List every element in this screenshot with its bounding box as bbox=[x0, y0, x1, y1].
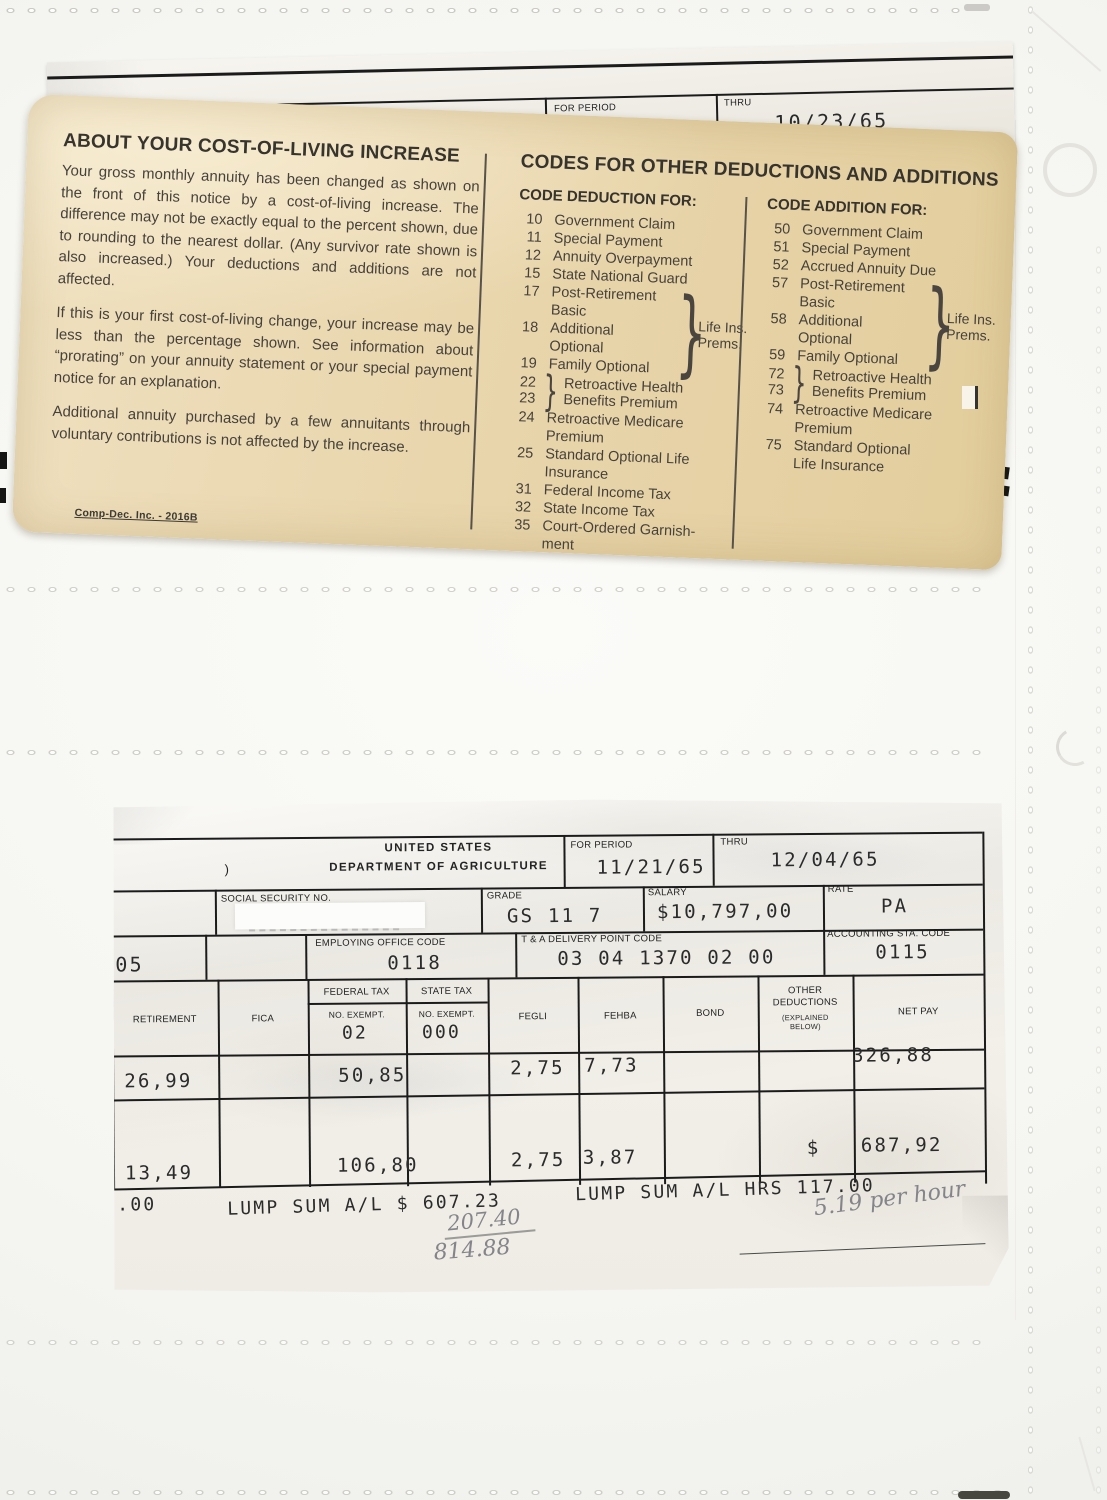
ssn-redaction bbox=[235, 902, 425, 929]
code-number: 17 bbox=[515, 282, 540, 319]
col-retirement: RETIREMENT bbox=[112, 1014, 218, 1027]
perforation-strip-bottom bbox=[0, 1486, 1010, 1499]
sleeve-vertical-edge bbox=[1015, 120, 1016, 1320]
code-item: 17 Post-RetirementBasic bbox=[515, 282, 672, 324]
code-label: Additional bbox=[798, 312, 862, 330]
code-number: 75 bbox=[757, 436, 782, 473]
for-period-label: FOR PERIOD bbox=[570, 839, 632, 850]
addition-list-tail: 74 Retroactive MedicarePremium 75 Standa… bbox=[757, 400, 1000, 481]
life-group-items: 57 Post-RetirementBasic 58 AdditionalOpt… bbox=[761, 274, 920, 370]
codes-title: CODES FOR OTHER DEDUCTIONS AND ADDITIONS bbox=[498, 150, 1000, 192]
for-period-value: 11/21/65 bbox=[597, 856, 706, 879]
code-item: 18 AdditionalOptional bbox=[513, 318, 670, 360]
rate-value: PA bbox=[881, 895, 908, 917]
code-number: 50 bbox=[766, 220, 791, 239]
ssn-ghost-dashes bbox=[249, 928, 399, 931]
brace-glyph: } bbox=[923, 280, 940, 370]
row2-federal-tax: 106,80 bbox=[337, 1154, 419, 1177]
edge-mark bbox=[0, 488, 6, 503]
card-notch bbox=[962, 386, 978, 409]
perforation-strip-mid2 bbox=[0, 746, 985, 759]
row1-retirement: 26,99 bbox=[124, 1070, 192, 1093]
fed-exempt-value: 02 bbox=[342, 1022, 368, 1043]
scan-smudge bbox=[958, 1491, 1010, 1499]
scan-smudge bbox=[964, 4, 990, 11]
pay-stub: ) UNITED STATES DEPARTMENT OF AGRICULTUR… bbox=[108, 795, 1009, 1294]
col-state-tax: STATE TAX bbox=[406, 986, 488, 999]
agency-line2: DEPARTMENT OF AGRICULTURE bbox=[289, 860, 589, 874]
col-net-pay: NET PAY bbox=[853, 1006, 984, 1019]
code-item: 58 AdditionalOptional bbox=[762, 310, 919, 352]
paren-mark: ) bbox=[225, 862, 230, 877]
rate-label: RATE bbox=[828, 884, 854, 895]
salary-value: $10,797,00 bbox=[657, 900, 794, 923]
addition-heading: CODE ADDITION FOR: bbox=[767, 196, 1007, 222]
grade-value: GS 11 7 bbox=[507, 905, 603, 928]
ta-delivery-value: 03 04 1370 02 00 bbox=[557, 946, 775, 970]
deduction-list-tail: 24 Retroactive MedicarePremium 25 Standa… bbox=[505, 408, 736, 561]
brace-glyph: } bbox=[791, 365, 801, 401]
row2-net-dollar: $ bbox=[807, 1137, 821, 1159]
info-card: ABOUT YOUR COST-OF-LIVING INCREASE Your … bbox=[12, 94, 1018, 571]
code-number: 59 bbox=[761, 346, 786, 365]
perforation-strip-mid1 bbox=[0, 583, 985, 596]
salary-label: SALARY bbox=[648, 887, 687, 898]
sleeve-edge-line bbox=[1031, 10, 1102, 72]
album-page: UNITED STATES FOR PERIOD 10/10/65 THRU 1… bbox=[0, 0, 1107, 1500]
accounting-sta-value: 0115 bbox=[875, 941, 930, 963]
code-number: 22 bbox=[512, 373, 537, 390]
thru-label: THRU bbox=[720, 837, 748, 848]
col-federal-tax: FEDERAL TAX bbox=[308, 986, 406, 999]
code-item: 57 Post-RetirementBasic bbox=[763, 274, 920, 316]
deduction-heading: CODE DEDUCTION FOR: bbox=[519, 186, 745, 212]
accounting-sta-label: ACCOUNTING STA. CODE bbox=[827, 928, 950, 940]
deduction-codes-column: CODE DEDUCTION FOR: 10 Government Claim … bbox=[505, 186, 745, 561]
code-label: Family Optional bbox=[548, 356, 649, 376]
code-number: 25 bbox=[508, 444, 533, 481]
ta-delivery-label: T & A DELIVERY POINT CODE bbox=[521, 933, 662, 945]
code-number: 19 bbox=[512, 354, 537, 373]
code-number: 72 bbox=[760, 365, 785, 382]
code-number: 15 bbox=[516, 264, 541, 283]
margin-value: 05 bbox=[115, 952, 144, 976]
addition-codes-column: CODE ADDITION FOR: 50 Government Claim 5… bbox=[733, 195, 1007, 571]
code-number: 58 bbox=[762, 310, 787, 347]
col-fehba: FEHBA bbox=[578, 1010, 663, 1023]
state-exempt-value: 000 bbox=[422, 1022, 461, 1043]
col-other-deductions: OTHER DEDUCTIONS bbox=[758, 985, 853, 1010]
code-number: 51 bbox=[765, 238, 790, 257]
code-number: 11 bbox=[517, 228, 542, 247]
printer-credit: Comp-Dec. Inc. - 2016B bbox=[74, 507, 198, 524]
code-number: 32 bbox=[507, 498, 532, 517]
row1-fehba: 7,73 bbox=[584, 1054, 639, 1076]
state-no-exempt-label: NO. EXEMPT. bbox=[406, 1008, 488, 1021]
for-period-label: FOR PERIOD bbox=[554, 102, 616, 114]
row2-fegli: 2,75 bbox=[511, 1149, 566, 1171]
about-paragraph: Your gross monthly annuity has been chan… bbox=[57, 160, 480, 305]
about-paragraph: If this is your first cost-of-living cha… bbox=[53, 302, 474, 404]
row1-fegli: 2,75 bbox=[510, 1057, 565, 1079]
addition-list: 50 Government Claim 51 Special Payment 5… bbox=[764, 220, 1006, 283]
thru-label: THRU bbox=[724, 97, 752, 109]
life-group-items: 17 Post-RetirementBasic 18 AdditionalOpt… bbox=[512, 282, 671, 378]
agency-line1: UNITED STATES bbox=[288, 841, 588, 855]
code-number: 52 bbox=[764, 256, 789, 275]
grade-label: GRADE bbox=[487, 890, 522, 901]
employing-office-value: 0118 bbox=[387, 952, 442, 974]
thru-value: 12/04/65 bbox=[770, 848, 879, 871]
col-bond: BOND bbox=[663, 1007, 758, 1020]
col-fegli: FEGLI bbox=[488, 1011, 578, 1024]
punch-hole bbox=[1043, 143, 1097, 197]
code-number: 24 bbox=[510, 408, 535, 445]
about-section: ABOUT YOUR COST-OF-LIVING INCREASE Your … bbox=[51, 129, 482, 473]
footer-left-value: .00 bbox=[117, 1194, 156, 1215]
deduction-list: 10 Government Claim 11 Special Payment 1… bbox=[516, 210, 745, 291]
perforation-column-far-right bbox=[1092, 240, 1105, 1500]
row1-net-pay: 326,88 bbox=[852, 1044, 934, 1067]
row2-net-pay: 687,92 bbox=[861, 1134, 943, 1157]
perforation-column-right bbox=[1024, 0, 1037, 1500]
brace-glyph: } bbox=[675, 288, 692, 378]
code-number: 73 bbox=[760, 382, 785, 399]
code-number: 10 bbox=[518, 210, 543, 229]
code-number: 35 bbox=[505, 516, 530, 553]
code-number: 57 bbox=[763, 274, 788, 311]
brace-glyph: } bbox=[543, 373, 553, 409]
code-label-line2: Life Insurance bbox=[793, 455, 944, 479]
col-other-sub: (EXPLAINED BELOW) bbox=[770, 1013, 841, 1032]
codes-section: CODES FOR OTHER DEDUCTIONS AND ADDITIONS… bbox=[483, 150, 1000, 570]
handwritten-sum-bottom: 814.88 bbox=[433, 1235, 512, 1266]
about-paragraph: Additional annuity purchased by a few an… bbox=[51, 401, 470, 460]
row2-retirement: 13,49 bbox=[125, 1162, 193, 1185]
employing-office-label: EMPLOYING OFFICE CODE bbox=[315, 937, 445, 949]
edge-mark bbox=[0, 452, 7, 469]
code-number: 74 bbox=[758, 400, 783, 437]
code-item: 35 Court-Ordered Garnish-ment bbox=[505, 516, 732, 561]
code-number: 18 bbox=[513, 318, 538, 355]
col-fica: FICA bbox=[218, 1013, 308, 1026]
perforation-strip-top bbox=[0, 4, 962, 17]
code-label: Additional bbox=[550, 320, 614, 338]
about-paragraphs: Your gross monthly annuity has been chan… bbox=[51, 160, 480, 460]
paper-fold bbox=[962, 1195, 1009, 1265]
row1-federal-tax: 50,85 bbox=[338, 1064, 406, 1087]
code-number: 12 bbox=[517, 246, 542, 265]
code-number: 23 bbox=[511, 390, 536, 407]
fed-no-exempt-label: NO. EXEMPT. bbox=[308, 1008, 406, 1021]
row2-fehba: 3,87 bbox=[583, 1146, 638, 1168]
code-number: 31 bbox=[507, 480, 532, 499]
code-label: Family Optional bbox=[797, 348, 898, 368]
perforation-strip-low bbox=[0, 1336, 985, 1349]
